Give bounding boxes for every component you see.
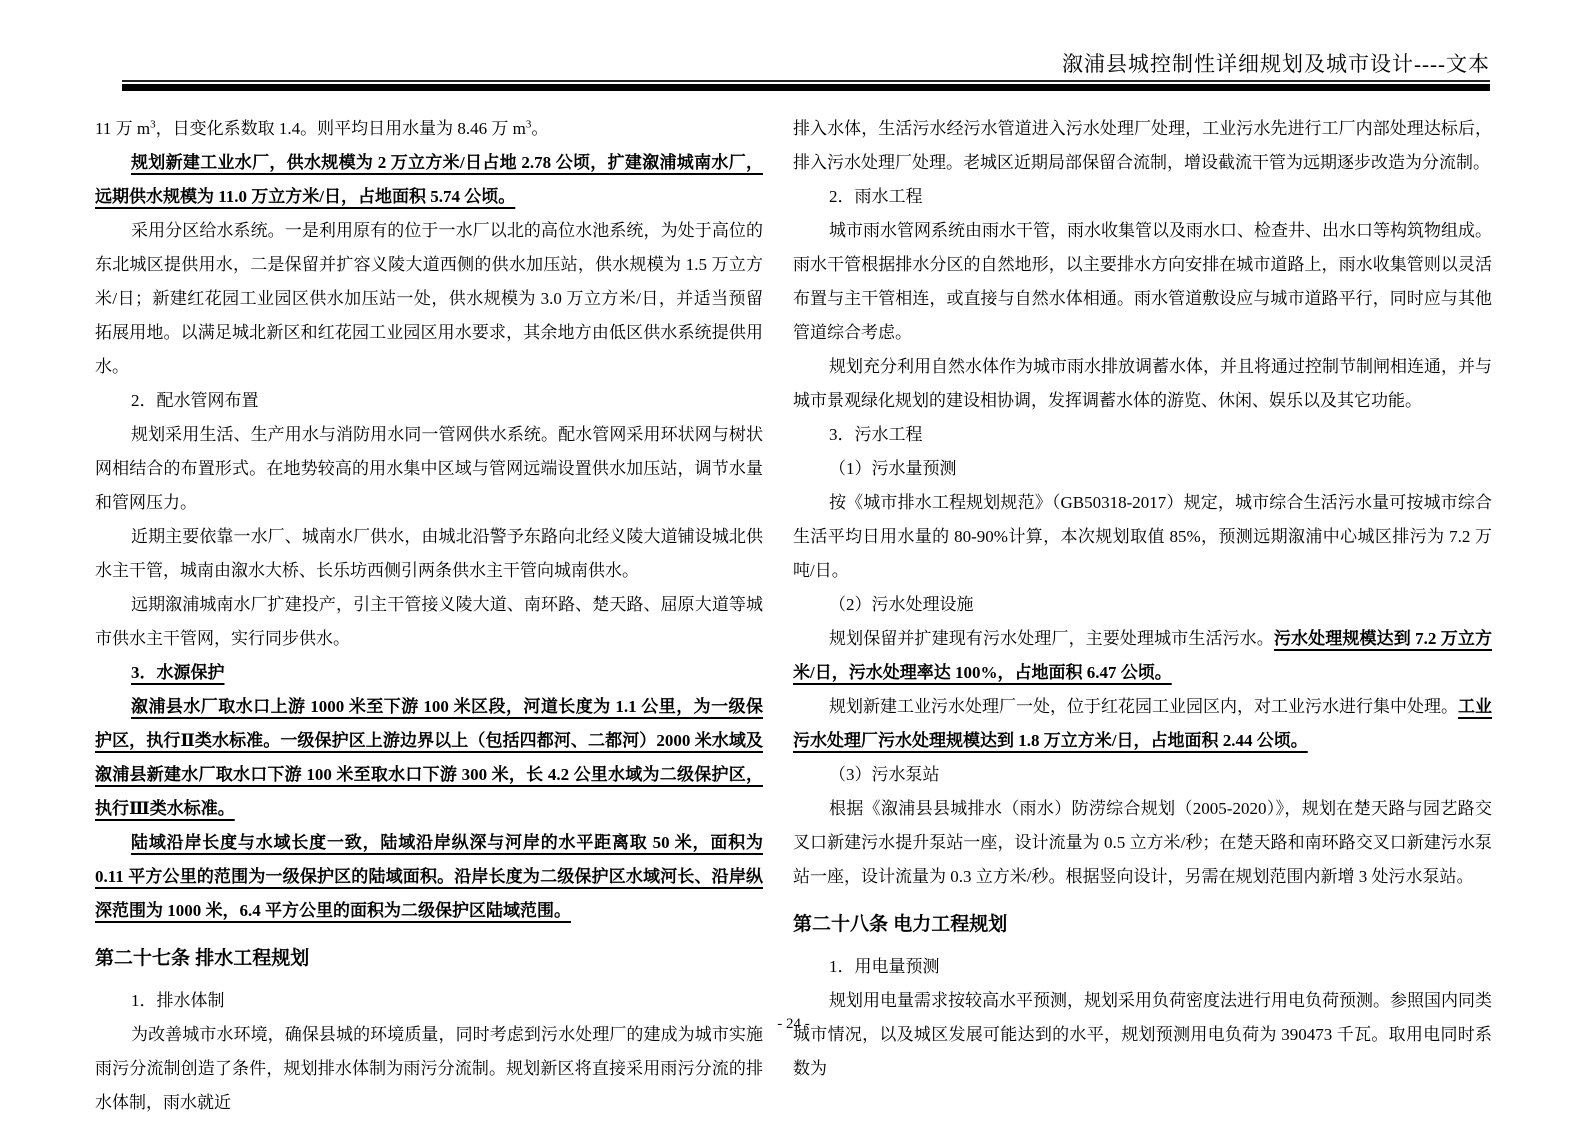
- paragraph: 规划充分利用自然水体作为城市雨水排放调蓄水体，并且将通过控制节制闸相连通，并与城…: [793, 350, 1492, 418]
- text-run: 城市雨水管网系统由雨水干管，雨水收集管以及雨水口、检查井、出水口等构筑物组成。雨…: [793, 221, 1492, 342]
- paragraph: 为改善城市水环境，确保县城的环境质量，同时考虑到污水处理厂的建成为城市实施雨污分…: [95, 1018, 763, 1120]
- text-run: （3）污水泵站: [829, 765, 940, 784]
- text-run: 溆浦县水厂取水口上游 1000 米至下游 100 米区段，河道长度为 1.1 公…: [95, 697, 763, 818]
- paragraph: 规划新建工业污水处理厂一处，位于红花园工业园区内，对工业污水进行集中处理。工业污…: [793, 690, 1492, 758]
- paragraph: 城市雨水管网系统由雨水干管，雨水收集管以及雨水口、检查井、出水口等构筑物组成。雨…: [793, 214, 1492, 350]
- text-run: 排入水体，生活污水经污水管道进入污水处理厂处理，工业污水先进行工厂内部处理达标后…: [793, 119, 1492, 172]
- header-rule: [122, 80, 1490, 92]
- text-run: 采用分区给水系统。一是利用原有的位于一水厂以北的高位水池系统，为处于高位的东北城…: [95, 221, 763, 376]
- text-run: 3．污水工程: [829, 425, 923, 444]
- text-run: 为改善城市水环境，确保县城的环境质量，同时考虑到污水处理厂的建成为城市实施雨污分…: [95, 1025, 763, 1112]
- paragraph: 1．排水体制: [95, 984, 763, 1018]
- paragraph: 规划保留并扩建现有污水处理厂，主要处理城市生活污水。污水处理规模达到 7.2 万…: [793, 622, 1492, 690]
- text-run: （2）污水处理设施: [829, 595, 974, 614]
- text-run: 2．雨水工程: [829, 187, 923, 206]
- text-run: 3．水源保护: [131, 663, 225, 682]
- section-heading-27: 第二十七条 排水工程规划: [95, 942, 763, 976]
- paragraph: 采用分区给水系统。一是利用原有的位于一水厂以北的高位水池系统，为处于高位的东北城…: [95, 214, 763, 384]
- paragraph: 排入水体，生活污水经污水管道进入污水处理厂处理，工业污水先进行工厂内部处理达标后…: [793, 112, 1492, 180]
- text-run: 2．配水管网布置: [131, 391, 259, 410]
- paragraph: 1．用电量预测: [793, 950, 1492, 984]
- paragraph: 远期溆浦城南水厂扩建投产，引主干管接义陵大道、南环路、楚天路、屈原大道等城市供水…: [95, 588, 763, 656]
- header-rule-thick-line: [122, 84, 1490, 91]
- footer-page-number: - 24 -: [0, 1016, 1587, 1033]
- paragraph: （1）污水量预测: [793, 452, 1492, 486]
- paragraph: 近期主要依靠一水厂、城南水厂供水，由城北沿警予东路向北经义陵大道铺设城北供水主干…: [95, 520, 763, 588]
- text-run: 规划充分利用自然水体作为城市雨水排放调蓄水体，并且将通过控制节制闸相连通，并与城…: [793, 357, 1492, 410]
- section-heading-28: 第二十八条 电力工程规划: [793, 908, 1492, 942]
- paragraph: 3．污水工程: [793, 418, 1492, 452]
- right-column: 排入水体，生活污水经污水管道进入污水处理厂处理，工业污水先进行工厂内部处理达标后…: [793, 112, 1492, 1120]
- paragraph: 规划采用生活、生产用水与消防用水同一管网供水系统。配水管网采用环状网与树状网相结…: [95, 418, 763, 520]
- header-title: 溆浦县城控制性详细规划及城市设计----文本: [122, 48, 1490, 78]
- left-column: 11 万 m3，日变化系数取 1.4。则平均日用水量为 8.46 万 m3。规划…: [95, 112, 763, 1120]
- text-run: 近期主要依靠一水厂、城南水厂供水，由城北沿警予东路向北经义陵大道铺设城北供水主干…: [95, 527, 763, 580]
- text-run: 规划新建工业水厂，供水规模为 2 万立方米/日占地 2.78 公顷，扩建溆浦城南…: [95, 153, 763, 206]
- text-run: 规划采用生活、生产用水与消防用水同一管网供水系统。配水管网采用环状网与树状网相结…: [95, 425, 763, 512]
- text-run: 第二十七条 排水工程规划: [95, 948, 309, 969]
- text-run: 11 万 m: [95, 119, 150, 138]
- text-run: 按《城市排水工程规划规范》（GB50318-2017）规定，城市综合生活污水量可…: [793, 493, 1492, 580]
- text-run: ，日变化系数取 1.4。则平均日用水量为 8.46 万 m: [156, 119, 526, 138]
- paragraph: （2）污水处理设施: [793, 588, 1492, 622]
- text-run: 远期溆浦城南水厂扩建投产，引主干管接义陵大道、南环路、楚天路、屈原大道等城市供水…: [95, 595, 763, 648]
- text-run: 规划新建工业污水处理厂一处，位于红花园工业园区内，对工业污水进行集中处理。: [829, 697, 1458, 716]
- paragraph: 11 万 m3，日变化系数取 1.4。则平均日用水量为 8.46 万 m3。: [95, 112, 763, 146]
- text-run: 1．排水体制: [131, 991, 225, 1010]
- paragraph: 2．配水管网布置: [95, 384, 763, 418]
- paragraph: （3）污水泵站: [793, 758, 1492, 792]
- text-run: 1．用电量预测: [829, 957, 940, 976]
- paragraph: 2．雨水工程: [793, 180, 1492, 214]
- paragraph: 陆域沿岸长度与水域长度一致，陆域沿岸纵深与河岸的水平距离取 50 米，面积为 0…: [95, 826, 763, 928]
- paragraph: 规划新建工业水厂，供水规模为 2 万立方米/日占地 2.78 公顷，扩建溆浦城南…: [95, 146, 763, 214]
- text-run: （1）污水量预测: [829, 459, 957, 478]
- text-run: 第二十八条 电力工程规划: [793, 914, 1007, 935]
- text-run: 规划用电量需求按较高水平预测，规划采用负荷密度法进行用电负荷预测。参照国内同类城…: [793, 991, 1492, 1078]
- paragraph: 3．水源保护: [95, 656, 763, 690]
- body-columns: 11 万 m3，日变化系数取 1.4。则平均日用水量为 8.46 万 m3。规划…: [95, 112, 1492, 1120]
- text-run: 根据《溆浦县县城排水（雨水）防涝综合规划（2005-2020）》，规划在楚天路与…: [793, 799, 1492, 886]
- text-run: 规划保留并扩建现有污水处理厂，主要处理城市生活污水。: [829, 629, 1274, 648]
- document-page: 溆浦县城控制性详细规划及城市设计----文本 11 万 m3，日变化系数取 1.…: [0, 0, 1587, 1122]
- header-rule-thin-line: [122, 80, 1490, 82]
- text-run: 陆域沿岸长度与水域长度一致，陆域沿岸纵深与河岸的水平距离取 50 米，面积为 0…: [95, 833, 763, 920]
- text-run: 。: [531, 119, 548, 138]
- paragraph: 按《城市排水工程规划规范》（GB50318-2017）规定，城市综合生活污水量可…: [793, 486, 1492, 588]
- paragraph: 溆浦县水厂取水口上游 1000 米至下游 100 米区段，河道长度为 1.1 公…: [95, 690, 763, 826]
- paragraph: 规划用电量需求按较高水平预测，规划采用负荷密度法进行用电负荷预测。参照国内同类城…: [793, 984, 1492, 1086]
- paragraph: 根据《溆浦县县城排水（雨水）防涝综合规划（2005-2020）》，规划在楚天路与…: [793, 792, 1492, 894]
